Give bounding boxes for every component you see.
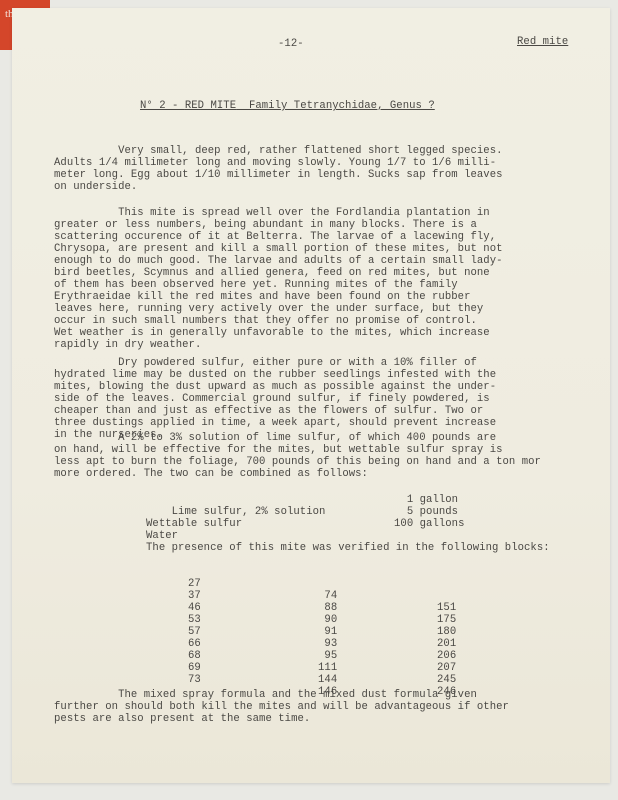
- presence-intro: The presence of this mite was verified i…: [146, 542, 550, 554]
- formula-quantities: 1 gallon 5 pounds 100 gallons: [394, 494, 464, 530]
- paragraph-mixed-formula: The mixed spray formula and the mixed du…: [54, 689, 509, 725]
- spray-formula: Lime sulfur, 2% solution Wettable sulfur…: [146, 494, 325, 566]
- paragraph-spraying: A 2% to 3% solution of lime sulfur, of w…: [54, 432, 541, 480]
- block-list: 27 37 46 53 57 66 68 69 73 74 88 90 91 9…: [12, 566, 38, 626]
- title-taxonomy: Family Tetranychidae, Genus ?: [236, 100, 435, 112]
- title-species-name: RED MITE: [185, 100, 236, 112]
- document-page: -12- Red mite N° 2 - RED MITE Family Tet…: [12, 8, 610, 783]
- block-column-3: 151 175 180 201 206 207 245 246: [437, 602, 456, 698]
- title-prefix: N° 2 -: [140, 100, 185, 112]
- paragraph-dusting: Dry powdered sulfur, either pure or with…: [54, 357, 496, 441]
- running-head: Red mite: [517, 36, 568, 48]
- block-column-1: 27 37 46 53 57 66 68 69 73: [188, 578, 201, 686]
- page-number: -12-: [278, 38, 304, 50]
- block-column-2: 74 88 90 91 93 95 111 144 146: [318, 590, 337, 698]
- paragraph-description: Very small, deep red, rather flattened s…: [54, 145, 503, 193]
- section-title: N° 2 - RED MITE Family Tetranychidae, Ge…: [140, 100, 435, 112]
- paragraph-distribution: This mite is spread well over the Fordla…: [54, 207, 503, 351]
- formula-ingredients: Lime sulfur, 2% solution Wettable sulfur…: [146, 506, 325, 542]
